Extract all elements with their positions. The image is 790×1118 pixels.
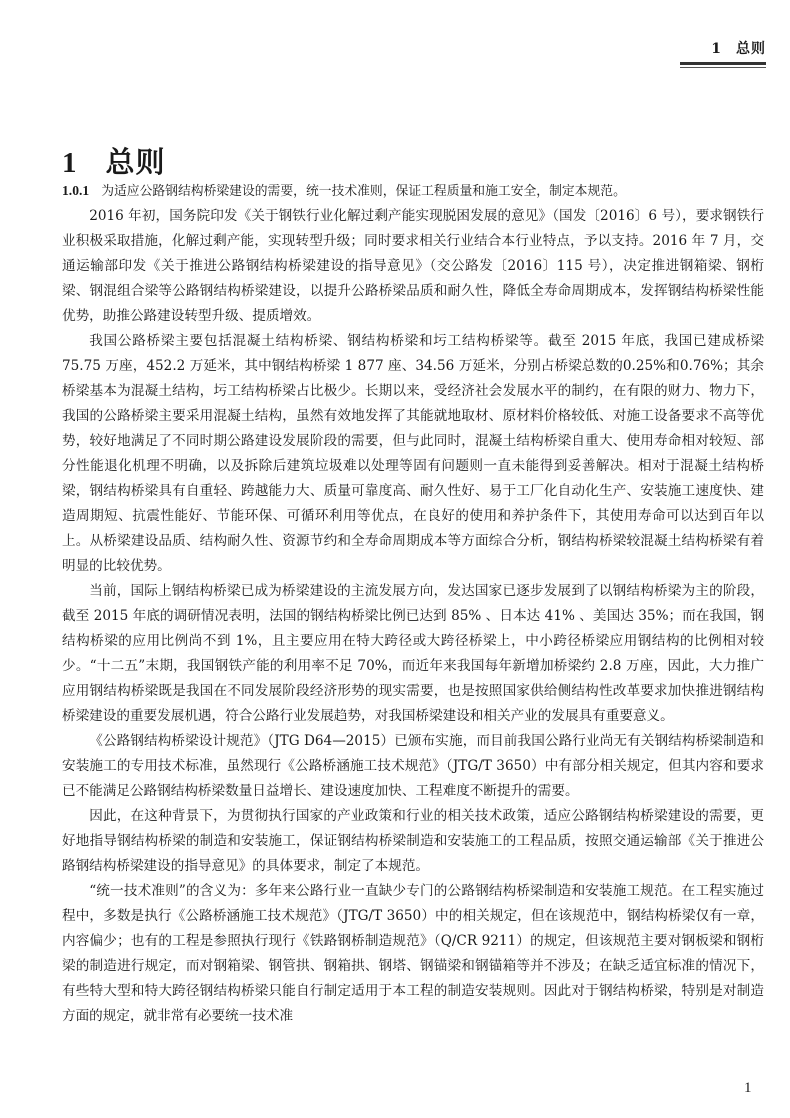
body-text: 1.0.1为适应公路钢结构桥梁建设的需要，统一技术准则，保证工程质量和施工安全，… [62, 178, 764, 1029]
running-header: 1总则 [678, 38, 766, 58]
page-number: 1 [744, 1080, 752, 1097]
chapter-title-text: 总则 [106, 145, 166, 179]
paragraph: 我国公路桥梁主要包括混凝土结构桥梁、钢结构桥梁和圬工结构桥梁等。截至 2015 … [62, 329, 764, 579]
clause-1-0-1: 1.0.1为适应公路钢结构桥梁建设的需要，统一技术准则，保证工程质量和施工安全，… [62, 178, 764, 204]
running-header-chapter-title: 总则 [736, 41, 766, 57]
running-header-chapter-number: 1 [711, 41, 722, 57]
chapter-number: 1 [62, 147, 78, 179]
paragraph: 当前，国际上钢结构桥梁已成为桥梁建设的主流发展方向，发达国家已逐步发展到了以钢结… [62, 579, 764, 729]
paragraph: 因此，在这种背景下，为贯彻执行国家的产业政策和行业的相关技术政策，适应公路钢结构… [62, 804, 764, 879]
clause-number: 1.0.1 [62, 183, 89, 198]
header-rule-thick [680, 62, 766, 65]
paragraph: 《公路钢结构桥梁设计规范》（JTG D64—2015）已颁布实施，而目前我国公路… [62, 729, 764, 804]
paragraph: “统一技术准则”的含义为：多年来公路行业一直缺少专门的公路钢结构桥梁制造和安装施… [62, 879, 764, 1029]
header-rule-thin [680, 67, 766, 68]
chapter-title: 1总则 [62, 140, 166, 181]
clause-text: 为适应公路钢结构桥梁建设的需要，统一技术准则，保证工程质量和施工安全，制定本规范… [101, 184, 626, 199]
paragraph: 2016 年初，国务院印发《关于钢铁行业化解过剩产能实现脱困发展的意见》（国发〔… [62, 204, 764, 329]
